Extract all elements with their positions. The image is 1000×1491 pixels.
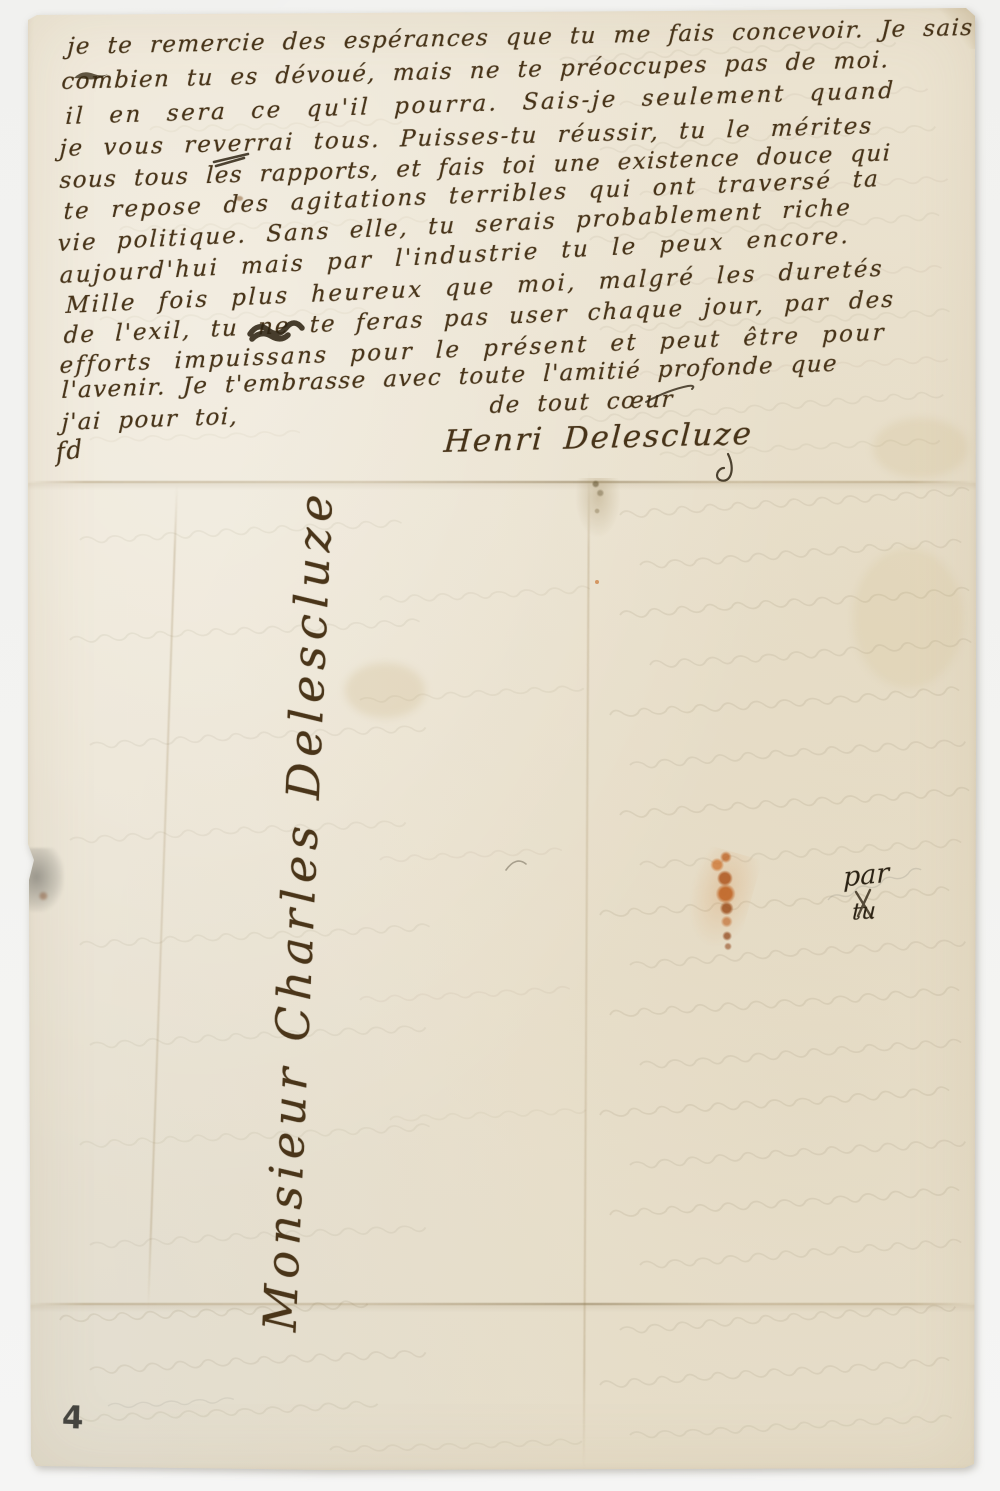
rust-stain: [676, 843, 763, 954]
letter-page: je te remercie des espérances que tu me …: [28, 8, 976, 1470]
rust-speck: [595, 580, 599, 584]
foxing-smudge: [853, 548, 963, 688]
edge-smudge: [18, 848, 64, 912]
closing-phrase-left: j'ai pour toi,: [61, 404, 239, 436]
fold-crease-horizontal-upper: [28, 481, 976, 483]
signature: Henri Delescluze: [443, 416, 754, 460]
fold-crease-horizontal-lower: [28, 1303, 976, 1305]
foxing-smudge: [873, 418, 968, 478]
address-line: Monsieur Charles Delescluze: [253, 487, 344, 1332]
fold-crease-vertical-center: [583, 470, 590, 1470]
page-number-pencil: 4: [61, 1400, 84, 1437]
fold-crease-vertical-left: [147, 484, 178, 1310]
scan-background: je te remercie des espérances que tu me …: [0, 0, 1000, 1491]
closing-phrase-right: de tout cœur: [489, 387, 674, 419]
ink-offset-mark: par: [843, 857, 889, 893]
ink-offset-mark: tu: [852, 898, 877, 926]
crease-junction-blotch: [575, 478, 621, 538]
side-mark: fd: [55, 434, 84, 467]
foxing-smudge: [345, 663, 425, 718]
